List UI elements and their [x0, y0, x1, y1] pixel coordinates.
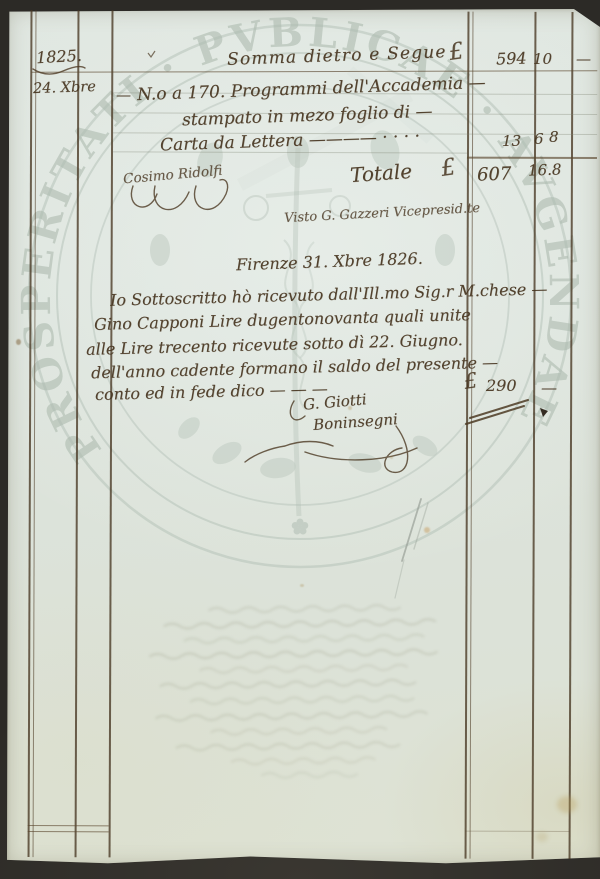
foxing-dot-5: [300, 584, 304, 587]
total-label: Totale: [349, 159, 413, 187]
receipt-amount-dash: —: [541, 378, 557, 397]
entry-lire: 13: [502, 132, 521, 150]
entry-soldi: 6: [534, 130, 544, 148]
total-currency: £: [439, 154, 457, 182]
foxing-dot-3: [348, 406, 352, 410]
margin-year: 1825.: [36, 46, 83, 67]
margin-date: 24. Xbre: [33, 79, 96, 97]
receipt-amount: 290: [486, 376, 517, 395]
carryover-currency: £: [447, 38, 465, 66]
carryover-denari: —: [576, 50, 591, 68]
entry-denari: 8: [549, 128, 559, 146]
foxing-dot-2: [16, 339, 21, 345]
total-lire: 607: [477, 163, 512, 185]
margin-dash: —: [116, 86, 131, 104]
stain-spot-large: [557, 796, 577, 813]
foxing-dot-4: [390, 456, 393, 459]
document-page: PROSPERITATI · PVBLICAE · AVGENDAE: [0, 0, 600, 879]
carryover-soldi: 10: [533, 50, 552, 68]
foxing-dot-1: [424, 527, 430, 533]
total-soldi-denari: 16.8: [528, 160, 562, 179]
stain-spot-small: [536, 832, 548, 842]
carryover-lire: 594: [496, 48, 527, 68]
